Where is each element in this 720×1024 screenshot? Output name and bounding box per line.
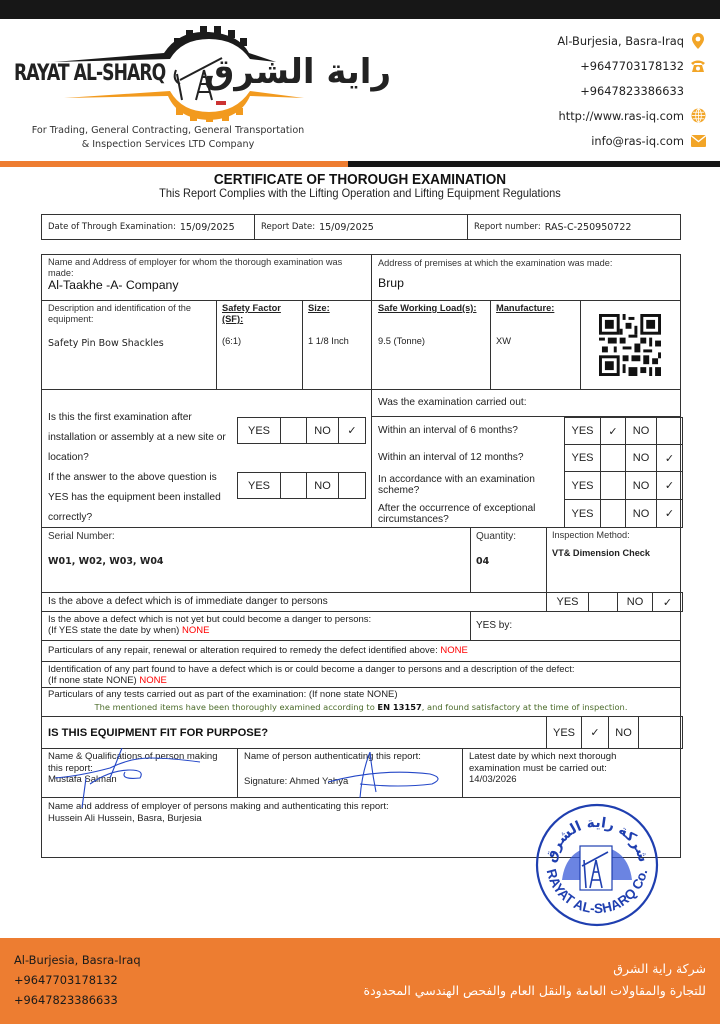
logo-text-arabic: راية الشرق (204, 52, 391, 92)
interval-6-yes-no: YES ✓ NO (564, 417, 683, 445)
tests-note-pre: The mentioned items have been thoroughly… (95, 702, 378, 712)
exam-date-value: 15/09/2025 (180, 222, 235, 233)
quantity-value: 04 (476, 556, 541, 567)
yes-label: YES (565, 445, 601, 471)
certificate-subtitle: This Report Complies with the Lifting Op… (18, 187, 702, 200)
employer-value: Al-Taakhe -A- Company (48, 280, 365, 291)
authenticator-label: Name of person authenticating this repor… (244, 751, 456, 762)
no-label: NO (626, 500, 657, 527)
fit-for-purpose-question: IS THIS EQUIPMENT FIT FOR PURPOSE? (48, 727, 268, 739)
no-checkbox[interactable]: ✓ (657, 500, 682, 527)
footer-contacts: Al-Burjesia, Basra-Iraq +9647703178132 +… (14, 950, 141, 1010)
part-identification-label: Identification of any part found to have… (48, 664, 674, 675)
tests-note: The mentioned items have been thoroughly… (48, 702, 674, 713)
first-exam-yes-no: YES NO ✓ (237, 417, 366, 444)
carried-out-label: Was the examination carried out: (378, 393, 527, 413)
yes-by-cell: YES by: (470, 611, 681, 641)
exam-scheme-question: In accordance with an examination scheme… (378, 474, 558, 496)
employer-label: Name and Address of employer for whom th… (48, 257, 365, 279)
future-danger-cell: Is the above a defect which is not yet b… (41, 611, 471, 641)
tagline-line-1: For Trading, General Contracting, Genera… (18, 124, 318, 138)
part-identification-value: NONE (139, 675, 166, 686)
no-checkbox[interactable]: ✓ (339, 418, 365, 443)
footer-arabic-line-1: شركة راية الشرق (364, 958, 706, 980)
tests-row: Particulars of any tests carried out as … (41, 687, 681, 717)
header-divider-black (348, 161, 720, 167)
installed-correctly-yes-no: YES NO (237, 472, 366, 499)
repair-row: Particulars of any repair, renewal or al… (41, 640, 681, 662)
serial-label: Serial Number: (48, 531, 464, 542)
interval-12-yes-no: YES NO ✓ (564, 444, 683, 472)
footer-phone-1[interactable]: +9647703178132 (14, 970, 141, 990)
next-exam-value: 14/03/2026 (469, 774, 674, 786)
quantity-cell: Quantity: 04 (470, 527, 547, 593)
report-number-label: Report number: (474, 222, 541, 232)
report-maker-cell: Name & Qualifications of person making t… (41, 748, 238, 798)
report-info-row: Date of Through Examination: 15/09/2025 … (41, 214, 681, 240)
no-checkbox[interactable] (657, 418, 682, 444)
next-exam-cell: Latest date by which next thorough exami… (462, 748, 681, 798)
safety-factor-cell: Safety Factor (SF): (6:1) (216, 300, 303, 390)
inspection-method-label: Inspection Method: (552, 530, 675, 541)
report-date-label: Report Date: (261, 222, 315, 232)
yes-checkbox[interactable] (601, 500, 626, 527)
tests-note-standard: EN 13157 (377, 702, 421, 712)
yes-label: YES (565, 418, 601, 444)
no-label: NO (307, 473, 339, 498)
quantity-label: Quantity: (476, 531, 541, 542)
swl-cell: Safe Working Load(s): 9.5 (Tonne) (371, 300, 491, 390)
yes-checkbox[interactable] (601, 472, 626, 499)
yes-checkbox[interactable] (281, 473, 307, 498)
immediate-danger-yes-no: YES NO ✓ (546, 592, 683, 612)
telephone-icon (690, 58, 706, 74)
description-value: Safety Pin Bow Shackles (48, 338, 210, 349)
exam-date-cell: Date of Through Examination: 15/09/2025 (42, 215, 255, 239)
yes-checkbox[interactable]: ✓ (582, 717, 609, 748)
yes-label: YES (547, 593, 589, 611)
no-label: NO (618, 593, 653, 611)
no-checkbox[interactable]: ✓ (653, 593, 682, 611)
installed-correctly-question: If the answer to the above question is Y… (48, 468, 238, 528)
description-label: Description and identification of the eq… (48, 303, 210, 325)
globe-icon (690, 108, 706, 124)
header-divider-orange (0, 161, 348, 167)
part-identification-row: Identification of any part found to have… (41, 661, 681, 688)
report-number-cell: Report number: RAS-C-250950722 (468, 215, 680, 239)
safety-factor-label: Safety Factor (SF): (222, 303, 292, 325)
location-pin-icon (690, 33, 706, 49)
footer-address: Al-Burjesia, Basra-Iraq (14, 950, 141, 970)
yes-label: YES (547, 717, 582, 748)
premises-cell: Address of premises at which the examina… (371, 254, 681, 301)
exceptional-question: After the occurrence of exceptional circ… (378, 503, 558, 525)
footer-arabic-line-2: للتجارة والمقاولات العامة والنقل العام و… (364, 980, 706, 1002)
inspection-method-value: VT& Dimension Check (552, 548, 675, 559)
no-label: NO (626, 472, 657, 499)
premises-label: Address of premises at which the examina… (378, 258, 674, 269)
future-danger-hint: (If YES state the date by when) (48, 625, 179, 636)
footer-bar: Al-Burjesia, Basra-Iraq +9647703178132 +… (0, 938, 720, 1024)
yes-checkbox[interactable] (589, 593, 618, 611)
envelope-icon (690, 133, 706, 149)
repair-value: NONE (440, 645, 467, 656)
manufacture-label: Manufacture: (496, 303, 575, 314)
report-date-value: 15/09/2025 (319, 222, 374, 233)
contact-phone-2: +9647823386633 (406, 78, 706, 103)
size-label: Size: (308, 303, 366, 314)
yes-checkbox[interactable] (601, 445, 626, 471)
footer-phone-2[interactable]: +9647823386633 (14, 990, 141, 1010)
report-maker-value: Mustafa Salman (48, 774, 231, 786)
no-checkbox[interactable]: ✓ (657, 472, 682, 499)
exceptional-yes-no: YES NO ✓ (564, 499, 683, 528)
qr-code-icon[interactable] (599, 314, 661, 376)
manufacture-value: XW (496, 336, 575, 347)
next-exam-label: Latest date by which next thorough exami… (469, 751, 649, 774)
company-tagline: For Trading, General Contracting, Genera… (18, 124, 318, 151)
exam-date-label: Date of Through Examination: (48, 222, 176, 232)
future-danger-value: NONE (182, 625, 209, 636)
report-number-value: RAS-C-250950722 (545, 222, 632, 233)
swl-value: 9.5 (Tonne) (378, 336, 484, 347)
no-label: NO (626, 418, 657, 444)
tests-label: Particulars of any tests carried out as … (48, 689, 674, 700)
manufacture-cell: Manufacture: XW (490, 300, 581, 390)
report-maker-label: Name & Qualifications of person making t… (48, 751, 218, 774)
company-stamp: شركة راية الشرق RAYAT AL-SHARQ Co. (532, 800, 662, 930)
no-label: NO (307, 418, 339, 443)
yes-checkbox[interactable] (281, 418, 307, 443)
swl-label: Safe Working Load(s): (378, 303, 484, 314)
exam-scheme-yes-no: YES NO ✓ (564, 471, 683, 500)
footer-arabic-company: شركة راية الشرق للتجارة والمقاولات العام… (364, 958, 706, 1002)
yes-label: YES (565, 472, 601, 499)
first-exam-question: Is this the first examination after inst… (48, 408, 238, 468)
future-danger-question: Is the above a defect which is not yet b… (48, 614, 464, 625)
logo-text-english: RAYAT AL-SHARQ (14, 61, 165, 86)
certificate-title: CERTIFICATE OF THOROUGH EXAMINATION (18, 172, 702, 188)
contact-email: info@ras-iq.com (406, 128, 706, 153)
yes-by-label: YES by: (476, 620, 512, 631)
no-checkbox[interactable]: ✓ (657, 445, 682, 471)
report-date-cell: Report Date: 15/09/2025 (255, 215, 468, 239)
no-label: NO (609, 717, 639, 748)
employer-cell: Name and Address of employer for whom th… (41, 254, 372, 301)
company-logo: RAYAT AL-SHARQ راية الشرق (14, 22, 324, 122)
serial-value: W01, W02, W03, W04 (48, 556, 464, 567)
serial-cell: Serial Number: W01, W02, W03, W04 (41, 527, 471, 593)
authenticator-cell: Name of person authenticating this repor… (237, 748, 463, 798)
no-checkbox[interactable] (339, 473, 365, 498)
size-value: 1 1/8 Inch (308, 336, 366, 347)
top-dark-bar (0, 0, 720, 19)
yes-checkbox[interactable]: ✓ (601, 418, 626, 444)
yes-label: YES (238, 473, 281, 498)
fit-for-purpose-yes-no: YES ✓ NO (546, 716, 683, 749)
qr-cell (580, 300, 681, 390)
part-identification-hint: (If none state NONE) (48, 675, 137, 686)
yes-label: YES (565, 500, 601, 527)
interval-6-question: Within an interval of 6 months? (378, 421, 518, 441)
immediate-danger-question: Is the above a defect which is of immedi… (48, 592, 328, 612)
tests-note-post: , and found satisfactory at the time of … (422, 702, 628, 712)
inspection-method-cell: Inspection Method: VT& Dimension Check (546, 527, 681, 593)
interval-12-question: Within an interval of 12 months? (378, 448, 524, 468)
contact-phone-1: +9647703178132 (406, 53, 706, 78)
tagline-line-2: & Inspection Services LTD Company (18, 138, 318, 152)
contact-website: http://www.ras-iq.com (406, 103, 706, 128)
safety-factor-value: (6:1) (222, 336, 297, 347)
no-label: NO (626, 445, 657, 471)
contact-block: Al-Burjesia, Basra-Iraq +9647703178132 +… (406, 28, 706, 153)
description-cell: Description and identification of the eq… (41, 300, 217, 390)
authenticator-value: Signature: Ahmed Yahya (244, 776, 456, 787)
contact-address: Al-Burjesia, Basra-Iraq (406, 28, 706, 53)
size-cell: Size: 1 1/8 Inch (302, 300, 372, 390)
no-checkbox[interactable] (639, 717, 682, 748)
yes-label: YES (238, 418, 281, 443)
premises-value: Brup (378, 278, 674, 289)
repair-label: Particulars of any repair, renewal or al… (48, 645, 438, 656)
